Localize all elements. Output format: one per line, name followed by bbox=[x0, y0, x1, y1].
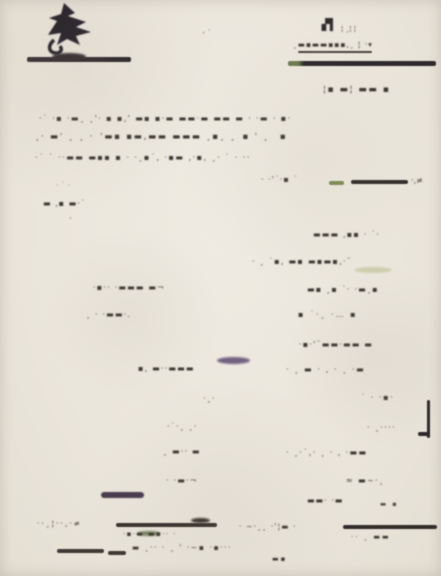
field-extra-mark: ▬ ▪ bbox=[380, 501, 399, 508]
signature-dot: · bbox=[69, 214, 72, 223]
field-label-purple-smudge bbox=[217, 357, 250, 364]
field-value: · ¸ ▬ · ‚ · ¸ ·▬ bbox=[286, 365, 431, 374]
header-left-rule-bump bbox=[52, 53, 86, 60]
field-label: ·▪·· ·▬▬▬ ▬¬ bbox=[93, 283, 165, 292]
field-value: · ¸···· bbox=[367, 423, 425, 432]
field-value: · ¸ ˙▪‚ ▬▪ ▬▪▬▪‚·¨ bbox=[252, 257, 438, 266]
field-value: ▬▬▬ ‚▪▪ · ˙· bbox=[313, 230, 437, 239]
field-label-purple-line bbox=[101, 492, 144, 498]
field-value: ▪ ˙·¸ ·… ▪ bbox=[298, 310, 431, 319]
scanned-document-page: ‚ · ▗▜ ¦ ¸¦ ¦ ¸▬▪▬▬▪▪▪‚¸ ¦ ·▾ ¦▪ ▬¦ ▬▬ ▪… bbox=[0, 0, 441, 576]
field-value: ·▪·'¨▬▬·▬▬ ▬ bbox=[299, 340, 433, 349]
crest-emblem-logo bbox=[34, 2, 98, 56]
field-label: ¸ · ·▬▬·. bbox=[86, 310, 131, 319]
field-value-green-smudge bbox=[354, 267, 392, 273]
body-stray-marks: · ˙ · bbox=[56, 181, 70, 190]
signature-mark: ▬ ‚▪ ▬·˙ bbox=[43, 199, 86, 208]
crest-emblem-icon bbox=[34, 2, 98, 56]
field-label: ·¸· bbox=[203, 394, 216, 403]
body-line-3: ·˙ ˙ ··▬▬ ▬▪▪ ▪ · ·¸▪˙‚ ·▪▬ ‚·▪‚ ¸· ˙ · … bbox=[35, 153, 429, 162]
field-label: ▪‚ ▬··▬▬▬ bbox=[138, 364, 195, 373]
body-line-4-green-dash bbox=[329, 181, 344, 185]
footer-under-left: ·▪·▬ ▬▪·· · bbox=[123, 530, 177, 538]
footer-rule-left-bump bbox=[191, 518, 210, 523]
field-value: ≈ ▬~·¸ bbox=[346, 476, 418, 485]
field-label: · ·▬·¬ bbox=[166, 476, 198, 485]
footer-rule-right bbox=[343, 525, 437, 529]
field-value: ▬▪ ¸▪ ˙· ·▬¸▪ bbox=[307, 285, 437, 294]
footer-rule-left bbox=[116, 523, 217, 527]
footer-under-right: ·· ¸ ▬▬ bbox=[351, 533, 391, 541]
footer-line2-marks: ▬ ¸·· · ¸ ' ·~▪ ·▪··· bbox=[132, 544, 292, 553]
field-value: ▬▬· ·▬ bbox=[307, 496, 363, 505]
date-line: ¦▪ ▬¦ ▬▬ ▪ bbox=[323, 85, 390, 95]
body-line-4-tail: ·‚≠ bbox=[411, 176, 423, 185]
footer-line2-tail: ▬▪ bbox=[272, 555, 287, 563]
field-label: ·˙·¸ ¸· bbox=[167, 422, 198, 431]
footer-segment-2: · ~·¸¸ ·'¦▬ · bbox=[239, 523, 343, 532]
body-line-2: ¸· ▬' ¸ ¸ ·˙'▬▪ ▪▬‚▬▬ ▬▬▬ ¸▪¸ ¸˙▪ ' ¸ ˙▪ bbox=[35, 133, 441, 143]
body-line-1: ·˙ ·▪ ·▬¸ ¸'· ▪ ▪‚' ▬▪ ▪·▬ ▬▬·▬ ▬▬ ▬ · ·… bbox=[39, 114, 437, 123]
field-value: · ¸·˙‚· ¸ · ‚ ·▬▬ bbox=[286, 448, 431, 457]
field-label: ¸ ▬·· ▬ bbox=[163, 447, 201, 456]
body-line-4-dark-dash bbox=[351, 180, 408, 184]
header-center-marks: ‚ · bbox=[202, 26, 211, 36]
footer-line2-dash-2 bbox=[108, 551, 126, 555]
letterhead-rule bbox=[288, 61, 436, 66]
letterhead-glyph: ▗▜ bbox=[317, 18, 333, 32]
field-values-bracket-tick bbox=[418, 432, 429, 436]
footer-segment-1: ··¸¦··‚·≠ bbox=[37, 520, 82, 529]
letterhead-line: ¸▬▪▬▬▪▪▪‚¸ ¦ ·▾ bbox=[293, 41, 429, 50]
body-line-4: · ·'˙·▪ ˙ bbox=[261, 175, 331, 184]
letterhead-sub-marks: ¦ ¸¦ ¦ bbox=[341, 25, 356, 33]
footer-line2-dash-1 bbox=[57, 549, 104, 553]
field-value: ˙ · ·▪· bbox=[361, 393, 425, 402]
letterhead-underline bbox=[298, 51, 372, 53]
